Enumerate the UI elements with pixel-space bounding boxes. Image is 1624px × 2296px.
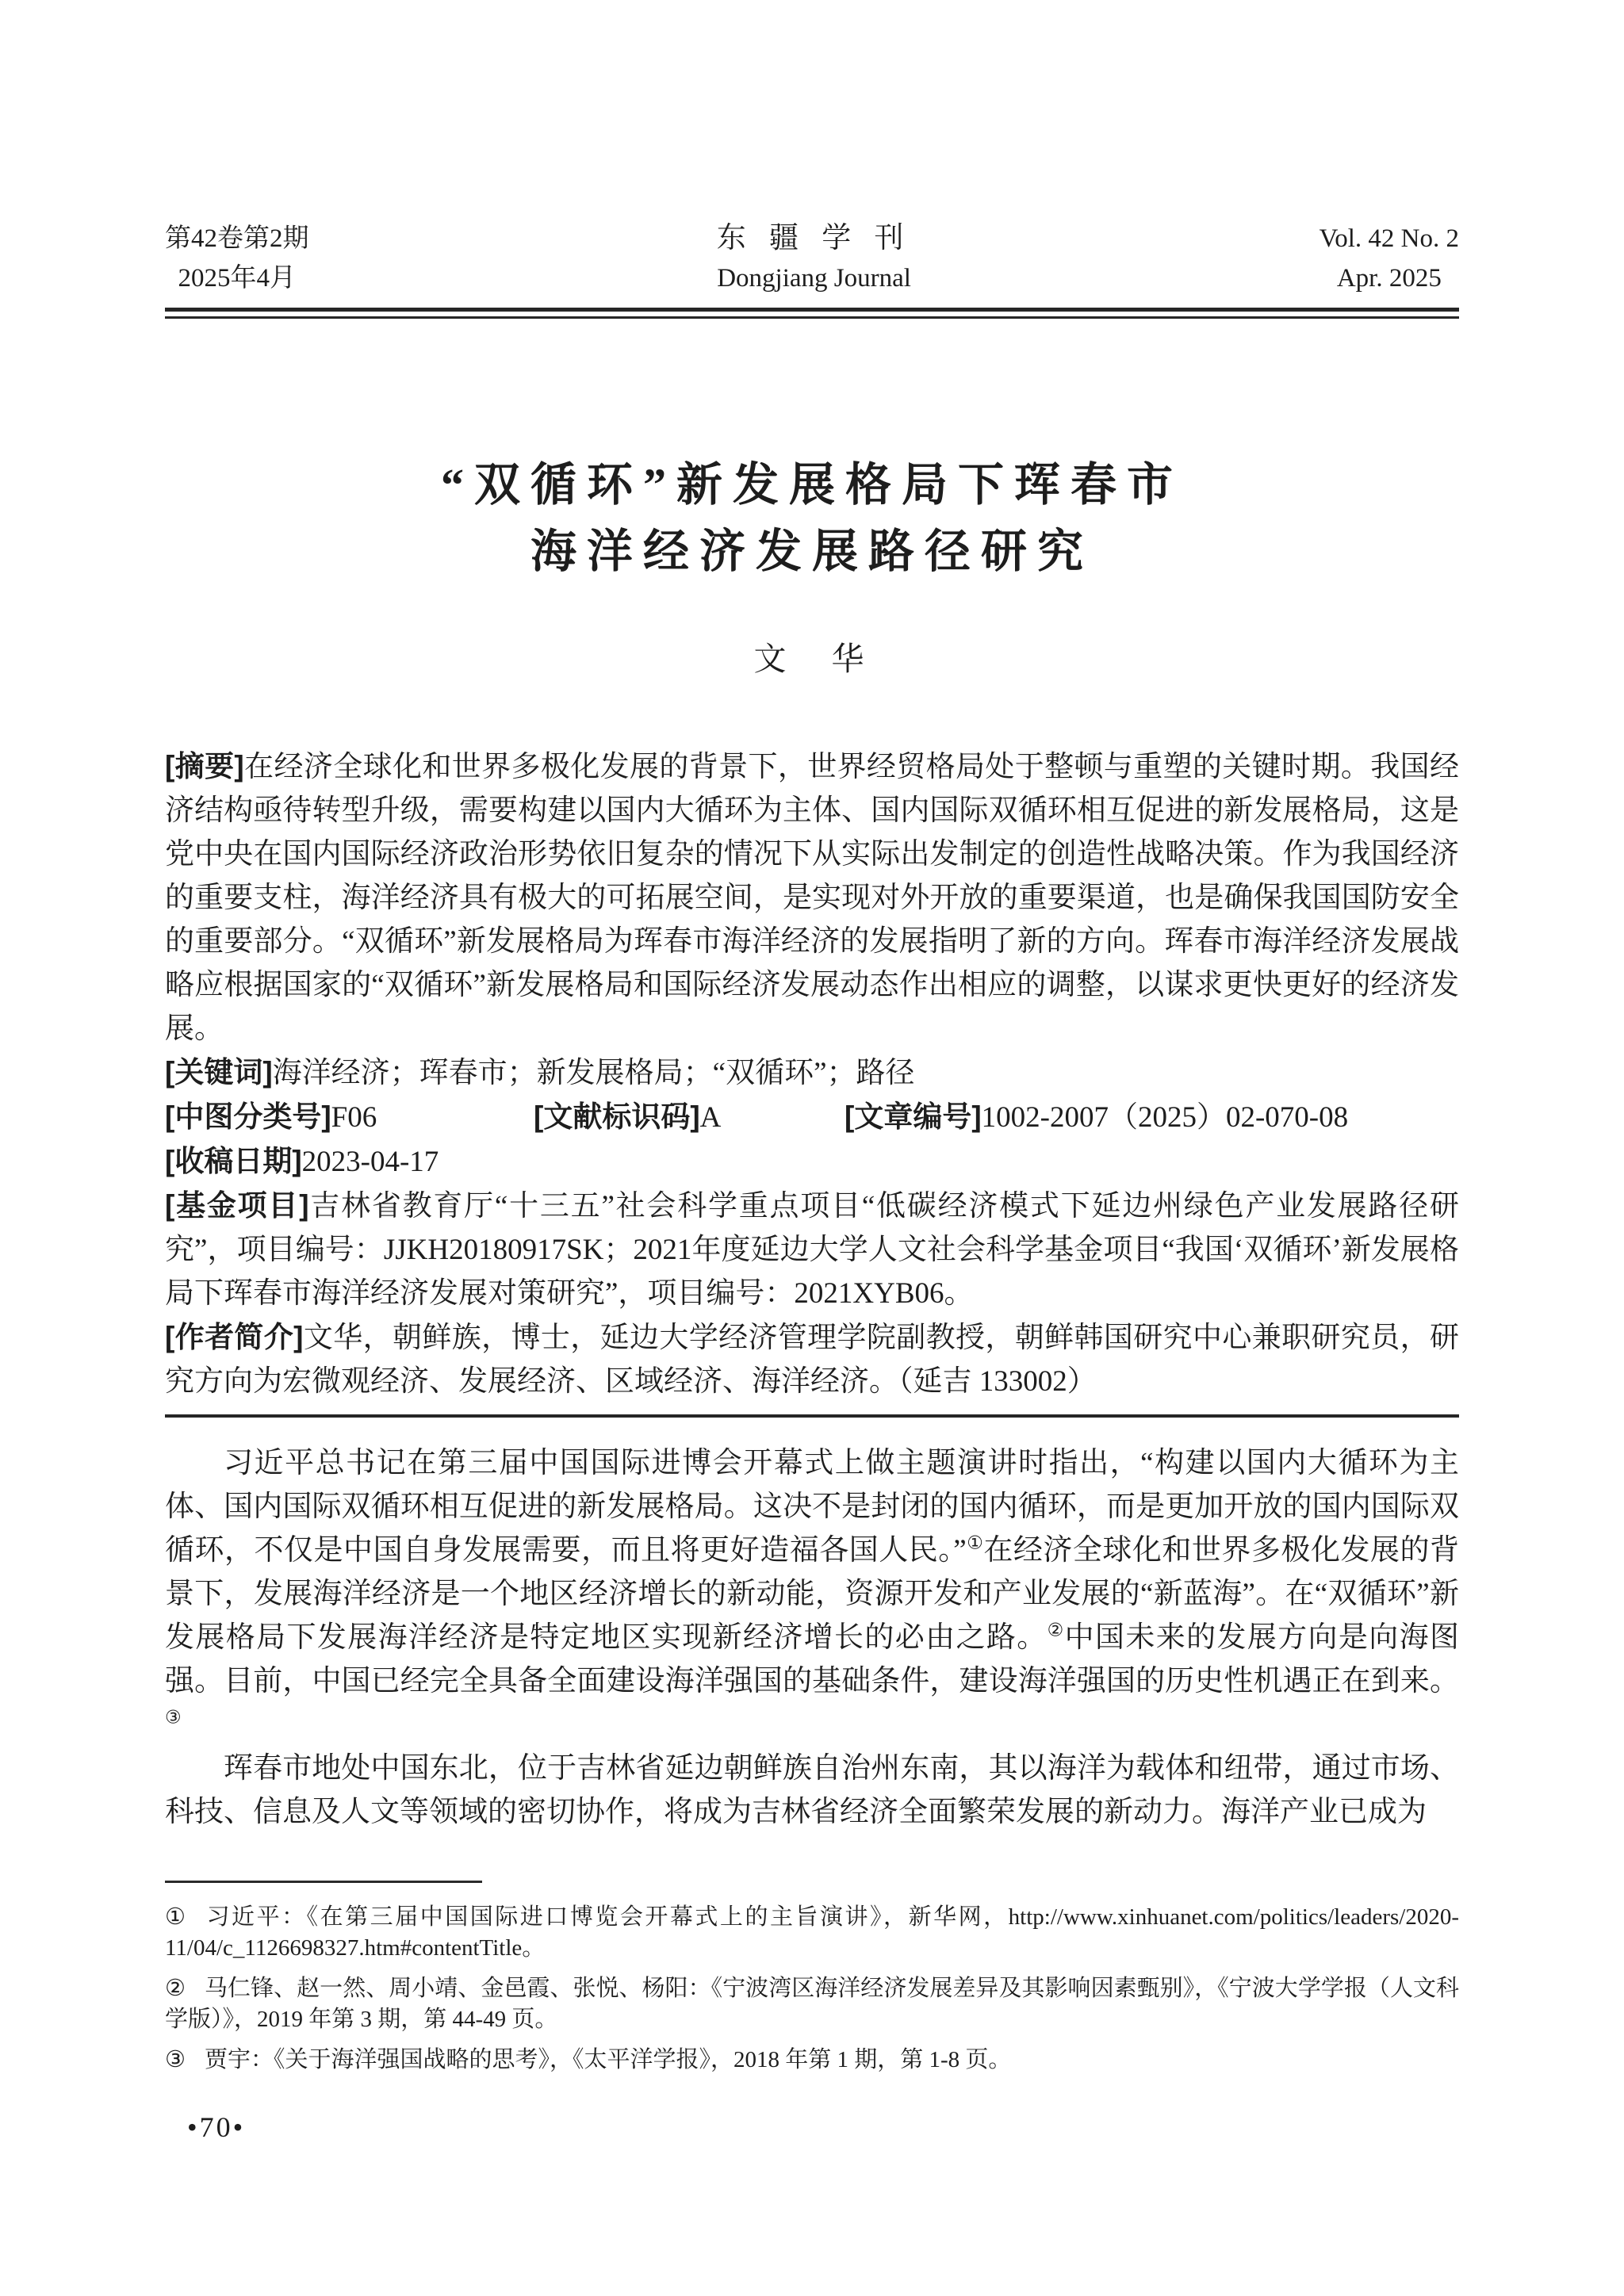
footnote-ref: ③ bbox=[165, 1708, 182, 1728]
journal-page: 第42卷第2期 2025年4月 东 疆 学 刊 Dongjiang Journa… bbox=[0, 0, 1624, 2296]
volume-issue-en: Vol. 42 No. 2 bbox=[1319, 219, 1459, 258]
author-name: 文 华 bbox=[165, 633, 1459, 679]
footnote-1-text: 习近平：《在第三届中国国际进口博览会开幕式上的主旨演讲》，新华网，http://… bbox=[165, 1904, 1459, 1961]
footnote-ref: ① bbox=[967, 1533, 984, 1553]
abstract-text: 在经济全球化和世界多极化发展的背景下，世界经贸格局处于整顿与重塑的关键时期。我国… bbox=[165, 751, 1459, 1045]
keywords-label: [关键词] bbox=[165, 1056, 273, 1089]
article-id-value: 1002-2007（2025）02-070-08 bbox=[982, 1101, 1348, 1134]
body-paragraph: 习近平总书记在第三届中国国际进博会开幕式上做主题演讲时指出，“构建以国内大循环为… bbox=[165, 1441, 1459, 1747]
article-title: “双循环”新发展格局下珲春市 海洋经济发展路径研究 bbox=[165, 452, 1459, 585]
article-title-line2: 海洋经济发展路径研究 bbox=[165, 519, 1459, 585]
doc-code-item: [文献标识码]A bbox=[534, 1095, 845, 1139]
keywords-text: 海洋经济；珲春市；新发展格局；“双循环”；路径 bbox=[273, 1057, 915, 1089]
footnote-3: ③贾宇：《关于海洋强国战略的思考》，《太平洋学报》，2018 年第 1 期，第 … bbox=[165, 2045, 1459, 2076]
classification-row: [中图分类号]F06 [文献标识码]A [文章编号]1002-2007（2025… bbox=[165, 1095, 1459, 1139]
header-right: Vol. 42 No. 2 Apr. 2025 bbox=[1319, 219, 1459, 298]
received-value: 2023-04-17 bbox=[302, 1146, 439, 1178]
clc-value: F06 bbox=[331, 1101, 377, 1134]
fund-paragraph: [基金项目]吉林省教育厅“十三五”社会科学重点项目“低碳经济模式下延边州绿色产业… bbox=[165, 1184, 1459, 1315]
footnote-2-marker: ② bbox=[165, 1976, 186, 2001]
received-label: [收稿日期] bbox=[165, 1145, 302, 1177]
journal-header: 第42卷第2期 2025年4月 东 疆 学 刊 Dongjiang Journa… bbox=[165, 0, 1459, 298]
footnote-block: ①习近平：《在第三届中国国际进口博览会开幕式上的主旨演讲》，新华网，http:/… bbox=[165, 1881, 1459, 2085]
abstract-paragraph: [摘要]在经济全球化和世界多极化发展的背景下，世界经贸格局处于整顿与重塑的关键时… bbox=[165, 744, 1459, 1050]
volume-issue-cn: 第42卷第2期 bbox=[165, 219, 309, 258]
date-cn: 2025年4月 bbox=[165, 258, 309, 298]
footnote-2: ②马仁锋、赵一然、周小靖、金邑霞、张悦、杨阳：《宁波湾区海洋经济发展差异及其影响… bbox=[165, 1973, 1459, 2035]
article-meta: [摘要]在经济全球化和世界多极化发展的背景下，世界经贸格局处于整顿与重塑的关键时… bbox=[165, 744, 1459, 1403]
journal-name-en: Dongjiang Journal bbox=[717, 258, 912, 298]
author-bio-paragraph: [作者简介]文华，朝鲜族，博士，延边大学经济管理学院副教授，朝鲜韩国研究中心兼职… bbox=[165, 1315, 1459, 1403]
body-separator-rule bbox=[165, 1414, 1459, 1418]
article-id-item: [文章编号]1002-2007（2025）02-070-08 bbox=[845, 1095, 1459, 1139]
abstract-label: [摘要] bbox=[165, 750, 244, 783]
header-left: 第42卷第2期 2025年4月 bbox=[165, 219, 309, 298]
footnote-2-text: 马仁锋、赵一然、周小靖、金邑霞、张悦、杨阳：《宁波湾区海洋经济发展差异及其影响因… bbox=[165, 1976, 1459, 2032]
body-text-segment: 珲春市地处中国东北，位于吉林省延边朝鲜族自治州东南，其以海洋为载体和纽带，通过市… bbox=[165, 1752, 1459, 1828]
doc-code-value: A bbox=[700, 1101, 722, 1134]
clc-item: [中图分类号]F06 bbox=[165, 1095, 534, 1139]
keywords-line: [关键词]海洋经济；珲春市；新发展格局；“双循环”；路径 bbox=[165, 1050, 1459, 1095]
footnote-1-marker: ① bbox=[165, 1904, 188, 1930]
page-number: •70• bbox=[187, 2110, 245, 2144]
author-bio-label: [作者简介] bbox=[165, 1321, 304, 1353]
header-center: 东 疆 学 刊 Dongjiang Journal bbox=[717, 219, 912, 298]
fund-label: [基金项目] bbox=[165, 1189, 309, 1222]
header-double-rule bbox=[165, 308, 1459, 319]
footnote-1: ①习近平：《在第三届中国国际进口博览会开幕式上的主旨演讲》，新华网，http:/… bbox=[165, 1902, 1459, 1964]
article-title-line1: “双循环”新发展格局下珲春市 bbox=[165, 452, 1459, 519]
journal-name-cn: 东 疆 学 刊 bbox=[717, 219, 912, 258]
page-content: 第42卷第2期 2025年4月 东 疆 学 刊 Dongjiang Journa… bbox=[0, 0, 1624, 1834]
footnote-separator-rule bbox=[165, 1881, 482, 1883]
received-date-line: [收稿日期]2023-04-17 bbox=[165, 1139, 1459, 1184]
clc-label: [中图分类号] bbox=[165, 1100, 331, 1133]
footnote-ref: ② bbox=[1048, 1621, 1065, 1640]
article-id-label: [文章编号] bbox=[845, 1100, 982, 1133]
footnote-3-marker: ③ bbox=[165, 2047, 186, 2072]
body-paragraph: 珲春市地处中国东北，位于吉林省延边朝鲜族自治州东南，其以海洋为载体和纽带，通过市… bbox=[165, 1747, 1459, 1834]
fund-text: 吉林省教育厅“十三五”社会科学重点项目“低碳经济模式下延边州绿色产业发展路径研究… bbox=[165, 1190, 1459, 1310]
author-bio-text: 文华，朝鲜族，博士，延边大学经济管理学院副教授，朝鲜韩国研究中心兼职研究员，研究… bbox=[165, 1322, 1459, 1398]
doc-code-label: [文献标识码] bbox=[534, 1100, 700, 1133]
date-en: Apr. 2025 bbox=[1319, 258, 1459, 298]
body-paragraphs: 习近平总书记在第三届中国国际进博会开幕式上做主题演讲时指出，“构建以国内大循环为… bbox=[165, 1441, 1459, 1834]
footnote-3-text: 贾宇：《关于海洋强国战略的思考》，《太平洋学报》，2018 年第 1 期，第 1… bbox=[205, 2047, 1011, 2072]
footnote-list: ①习近平：《在第三届中国国际进口博览会开幕式上的主旨演讲》，新华网，http:/… bbox=[165, 1902, 1459, 2076]
